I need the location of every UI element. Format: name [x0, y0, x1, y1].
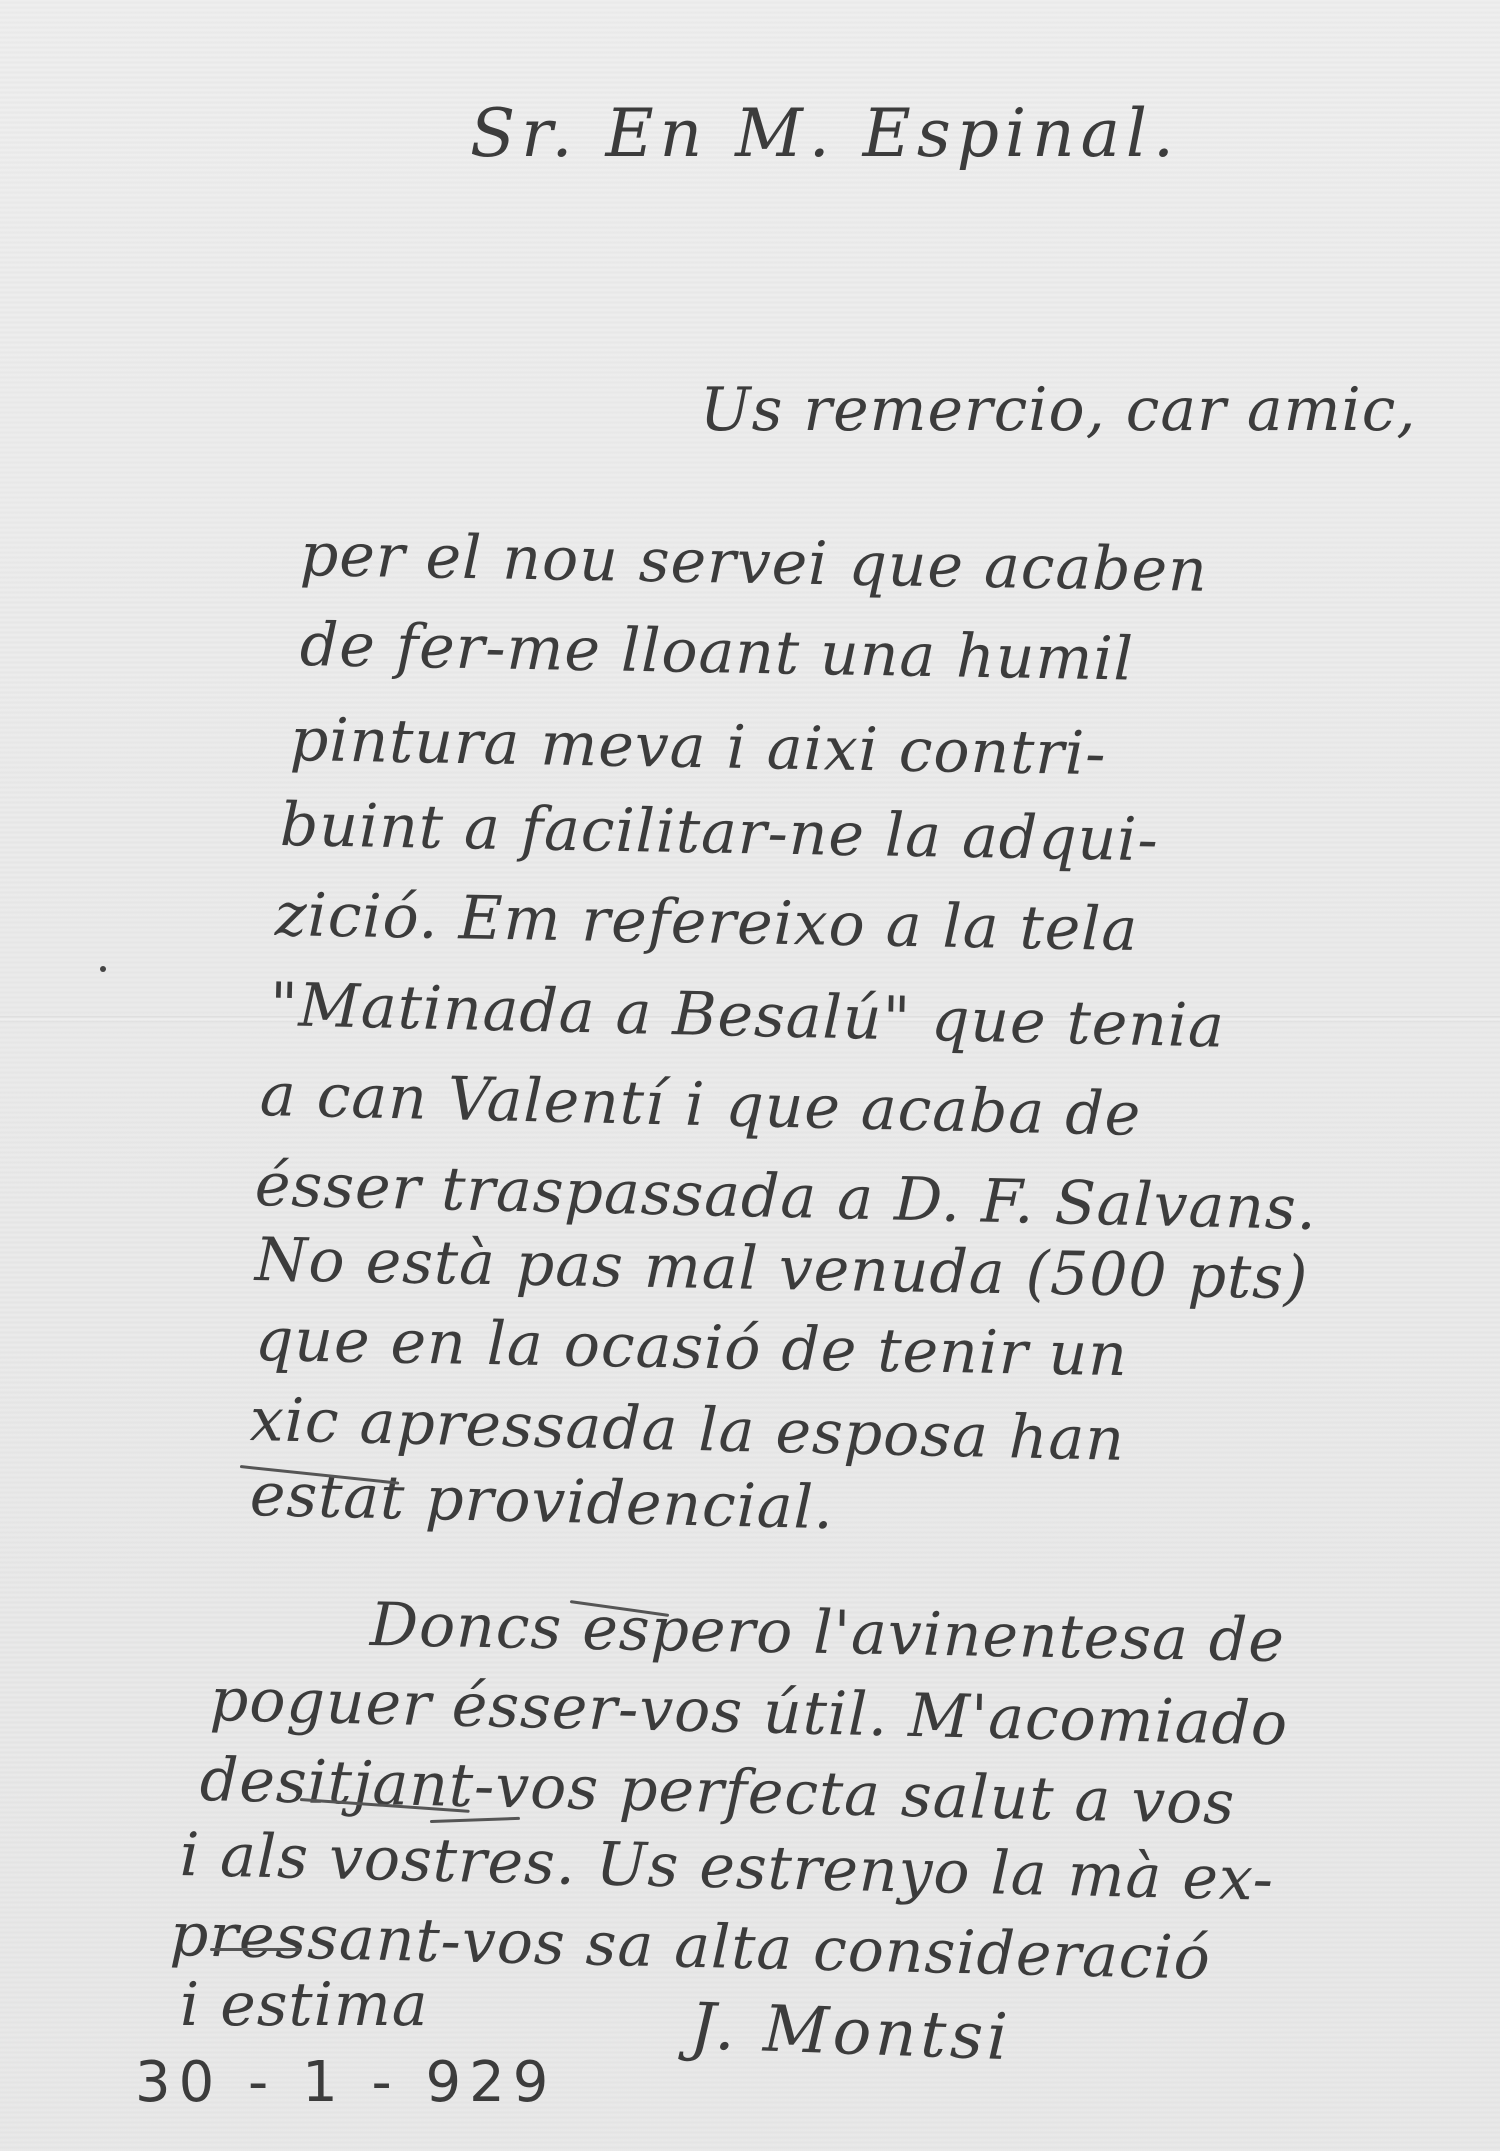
body-line: poguer ésser-vos útil. M'acomiado	[209, 1665, 1289, 1759]
body-line: pintura meva i aixi contri-	[289, 705, 1107, 789]
body-line: Doncs espero l'avinentesa de	[369, 1590, 1285, 1676]
body-line: a can Valentí i que acaba de	[259, 1060, 1142, 1150]
ink-dot	[100, 966, 106, 972]
greeting: Us remercio, car amic,	[700, 375, 1416, 445]
salutation: Sr. En M. Espinal.	[470, 95, 1180, 172]
letter-page: Sr. En M. Espinal. Us remercio, car amic…	[0, 0, 1500, 2151]
body-line: i estima	[180, 1970, 429, 2040]
body-line: estat providencial.	[249, 1460, 835, 1543]
body-line: zició. Em refereixo a la tela	[274, 880, 1138, 965]
body-line: xic apressada la esposa han	[249, 1385, 1126, 1475]
body-line: buint a facilitar-ne la adqui-	[279, 790, 1159, 875]
body-line: de fer-me lloant una humil	[299, 610, 1134, 695]
body-line: per el nou servei que acaben	[299, 520, 1208, 606]
pen-underline	[210, 1948, 300, 1951]
letter-date: 30 - 1 - 929	[135, 2050, 556, 2115]
signature: J. Montsi	[689, 1990, 1013, 2075]
body-line: "Matinada a Besalú" que tenia	[269, 970, 1225, 1062]
body-line: que en la ocasió de tenir un	[254, 1305, 1128, 1390]
